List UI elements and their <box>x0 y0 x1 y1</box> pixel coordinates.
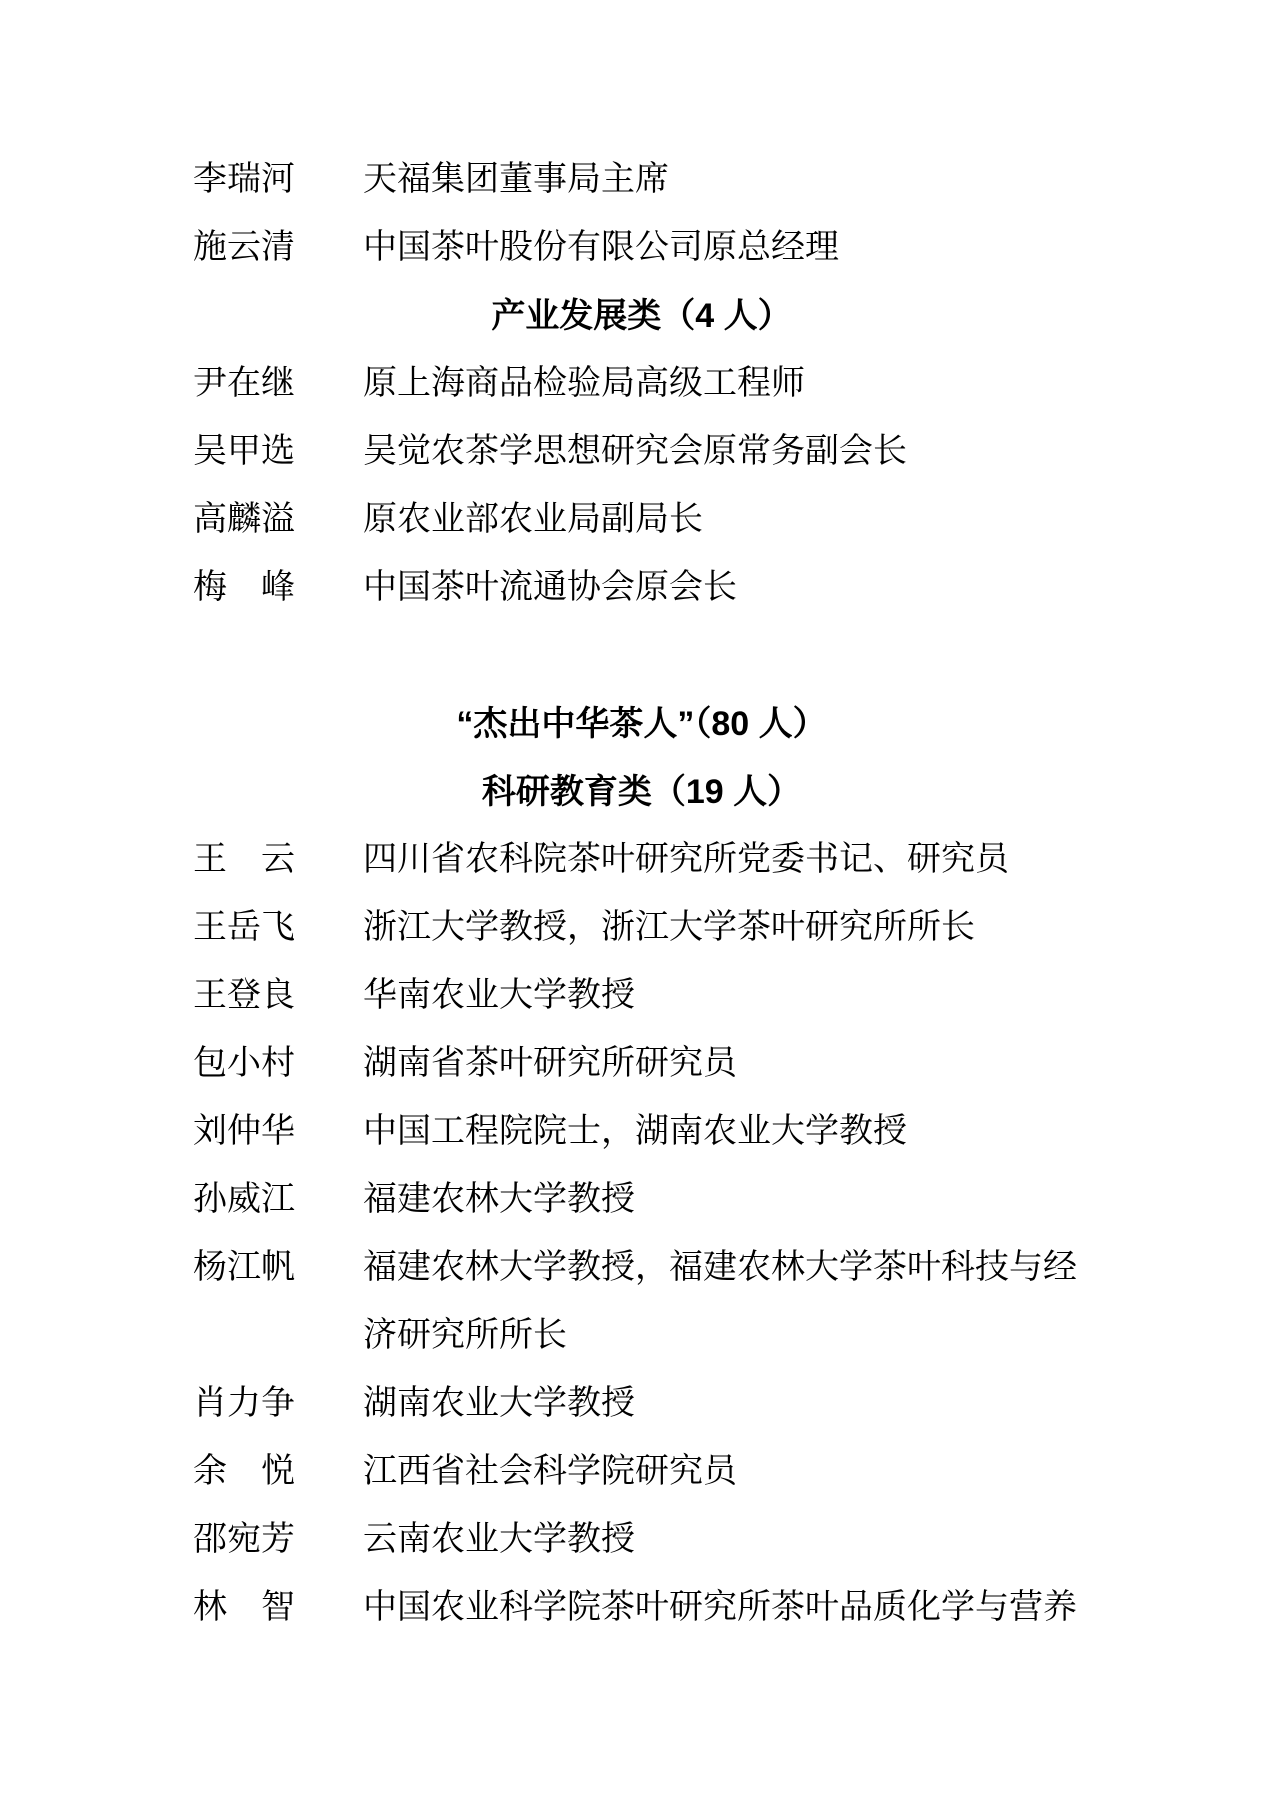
person-title: 福建农林大学教授 <box>363 1166 1090 1234</box>
entry-row: 尹在继 原上海商品检验局高级工程师 <box>193 350 1090 418</box>
person-title: 云南农业大学教授 <box>363 1506 1090 1574</box>
entry-row: 王登良 华南农业大学教授 <box>193 962 1090 1030</box>
person-title: 中国工程院院士，湖南农业大学教授 <box>363 1098 1090 1166</box>
person-name: 高麟溢 <box>193 486 295 554</box>
person-name: 包小村 <box>193 1030 295 1098</box>
person-title: 中国农业科学院茶叶研究所茶叶品质化学与营养 <box>363 1574 1090 1642</box>
person-name: 孙威江 <box>193 1166 295 1234</box>
entry-row: 杨江帆 福建农林大学教授，福建农林大学茶叶科技与经 <box>193 1234 1090 1302</box>
section-heading: 产业发展类（4 人） <box>193 282 1090 350</box>
entry-row: 王 云 四川省农科院茶叶研究所党委书记、研究员 <box>193 826 1090 894</box>
person-title: 天福集团董事局主席 <box>363 146 1090 214</box>
person-name: 梅 峰 <box>193 554 295 622</box>
person-title: 中国茶叶股份有限公司原总经理 <box>363 214 1090 282</box>
person-name: 杨江帆 <box>193 1234 295 1302</box>
person-name: 邵宛芳 <box>193 1506 295 1574</box>
entry-row: 梅 峰 中国茶叶流通协会原会长 <box>193 554 1090 622</box>
person-name: 余 悦 <box>193 1438 295 1506</box>
entry-row: 王岳飞 浙江大学教授，浙江大学茶叶研究所所长 <box>193 894 1090 962</box>
document-content: 李瑞河 天福集团董事局主席 施云清 中国茶叶股份有限公司原总经理 产业发展类（4… <box>0 0 1280 1642</box>
entry-row: 吴甲选 吴觉农茶学思想研究会原常务副会长 <box>193 418 1090 486</box>
person-title: 吴觉农茶学思想研究会原常务副会长 <box>363 418 1090 486</box>
person-name: 尹在继 <box>193 350 295 418</box>
person-title: 四川省农科院茶叶研究所党委书记、研究员 <box>363 826 1090 894</box>
entry-row: 邵宛芳 云南农业大学教授 <box>193 1506 1090 1574</box>
person-title: 原农业部农业局副局长 <box>363 486 1090 554</box>
empty-name-cell <box>193 1302 295 1370</box>
entry-row: 李瑞河 天福集团董事局主席 <box>193 146 1090 214</box>
entry-row: 余 悦 江西省社会科学院研究员 <box>193 1438 1090 1506</box>
entry-row: 肖力争 湖南农业大学教授 <box>193 1370 1090 1438</box>
blank-line <box>193 622 1090 690</box>
document-page: 李瑞河 天福集团董事局主席 施云清 中国茶叶股份有限公司原总经理 产业发展类（4… <box>0 0 1280 1810</box>
person-title: 原上海商品检验局高级工程师 <box>363 350 1090 418</box>
entry-row: 施云清 中国茶叶股份有限公司原总经理 <box>193 214 1090 282</box>
person-name: 王岳飞 <box>193 894 295 962</box>
section-heading: 科研教育类（19 人） <box>193 758 1090 826</box>
person-name: 李瑞河 <box>193 146 295 214</box>
person-name: 肖力争 <box>193 1370 295 1438</box>
person-title: 江西省社会科学院研究员 <box>363 1438 1090 1506</box>
person-title: 浙江大学教授，浙江大学茶叶研究所所长 <box>363 894 1090 962</box>
entry-row: 刘仲华 中国工程院院士，湖南农业大学教授 <box>193 1098 1090 1166</box>
entry-row: 包小村 湖南省茶叶研究所研究员 <box>193 1030 1090 1098</box>
entry-row: 孙威江 福建农林大学教授 <box>193 1166 1090 1234</box>
person-title: 湖南农业大学教授 <box>363 1370 1090 1438</box>
person-name: 王登良 <box>193 962 295 1030</box>
person-name: 吴甲选 <box>193 418 295 486</box>
person-name: 施云清 <box>193 214 295 282</box>
person-title: 湖南省茶叶研究所研究员 <box>363 1030 1090 1098</box>
person-name: 刘仲华 <box>193 1098 295 1166</box>
entry-row: 高麟溢 原农业部农业局副局长 <box>193 486 1090 554</box>
entry-row: 林 智 中国农业科学院茶叶研究所茶叶品质化学与营养 <box>193 1574 1090 1642</box>
person-title-continued: 济研究所所长 <box>363 1302 1090 1370</box>
person-title: 华南农业大学教授 <box>363 962 1090 1030</box>
award-title-heading: “杰出中华茶人”（80 人） <box>193 690 1090 758</box>
person-title: 中国茶叶流通协会原会长 <box>363 554 1090 622</box>
person-name: 王 云 <box>193 826 295 894</box>
entry-continuation-row: 济研究所所长 <box>193 1302 1090 1370</box>
person-title: 福建农林大学教授，福建农林大学茶叶科技与经 <box>363 1234 1090 1302</box>
person-name: 林 智 <box>193 1574 295 1642</box>
